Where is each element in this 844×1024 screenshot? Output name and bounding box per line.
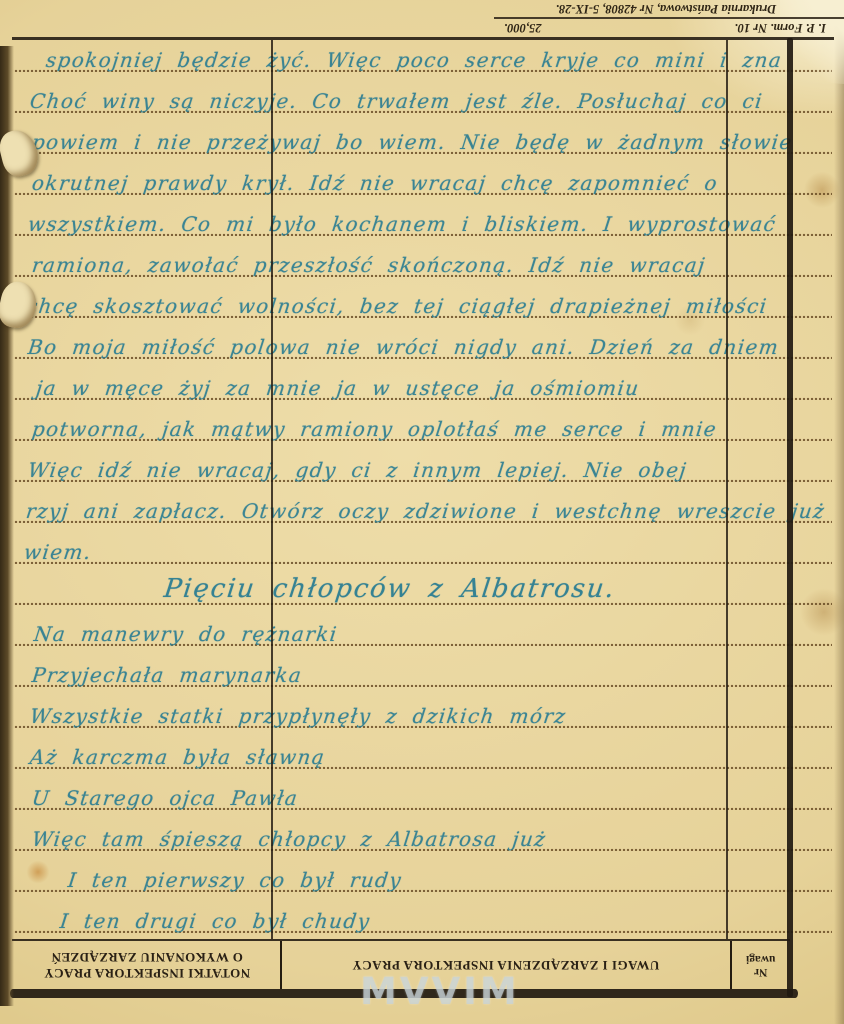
column-line-left (271, 40, 273, 939)
footer-uwagi-label: uwagi (746, 952, 775, 965)
handwritten-line: ja w męce żyj za mnie ja w ustęce ja ośm… (34, 371, 642, 405)
handwritten-line: wszystkiem. Co mi było kochanem i bliski… (26, 207, 778, 241)
handwritten-line: Przyjechała marynarka (30, 658, 304, 692)
handwritten-line: spokojniej będzie żyć. Więc poco serce k… (44, 43, 784, 77)
handwritten-line: I ten pierwszy co był rudy (66, 863, 404, 897)
handwritten-line: I ten drugi co był chudy (58, 904, 373, 938)
footer-notes-line1: NOTATKI INSPEKTORA PRACY (44, 965, 250, 981)
top-border-line (12, 37, 834, 40)
handwritten-line: Aż karczma była sławną (28, 740, 327, 774)
form-number: I. P. Form. Nr 10. (735, 20, 826, 35)
print-run: 25,000. (504, 20, 542, 35)
column-line-right (726, 40, 728, 939)
handwritten-line: powiem i nie przeżywaj bo wiem. Nie będę… (30, 125, 795, 159)
page-right-edge (834, 0, 844, 1024)
printed-form-header: I. P. Form. Nr 10. 25,000. Drukarnia Pań… (494, 1, 844, 35)
handwritten-line: Na manewry do rężnarki (32, 617, 340, 651)
handwritten-line: Bo moja miłość polowa nie wróci nigdy an… (26, 330, 781, 364)
footer-cell-number: Nr uwagi (732, 941, 790, 989)
handwritten-line: potworna, jak mątwy ramiony oplotłaś me … (30, 412, 719, 446)
handwritten-line: Wszystkie statki przypłynęły z dzikich m… (28, 699, 569, 733)
handwritten-line: okrutnej prawdy krył. Idź nie wracaj chc… (30, 166, 720, 200)
header-divider-line (494, 17, 844, 19)
footer-nr-label: Nr (746, 965, 775, 978)
form-number-row: I. P. Form. Nr 10. 25,000. (494, 20, 844, 35)
handwritten-line: ramiona, zawołać przeszłość skończoną. I… (30, 248, 708, 282)
archive-watermark: MVVIM (360, 970, 520, 1013)
binding-edge (0, 46, 14, 1006)
footer-notes-line2: O WYKONANIU ZARZĄDZEŃ (44, 949, 250, 965)
handwritten-line: Więc tam śpieszą chłopcy z Albatrosa już (30, 822, 548, 856)
handwritten-line: wiem. (22, 535, 94, 569)
handwritten-line: Choć winy są niczyje. Co trwałem jest źl… (28, 84, 765, 118)
handwritten-line: Więc idź nie wracaj, gdy ci z innym lepi… (26, 453, 689, 487)
handwritten-line: chcę skosztować wolności, bez tej ciągłe… (24, 289, 770, 323)
handwritten-heading: Pięciu chłopców z Albatrosu. (162, 572, 618, 606)
handwritten-line: rzyj ani zapłacz. Otwórz oczy zdziwione … (24, 494, 827, 528)
footer-cell-notes: NOTATKI INSPEKTORA PRACY O WYKONANIU ZAR… (14, 941, 282, 989)
handwritten-line: U Starego ojca Pawła (30, 781, 300, 815)
printer-imprint: Drukarnia Państwowa, Nr 42808, 5-IX-28. (494, 1, 844, 16)
scanned-notebook-page: I. P. Form. Nr 10. 25,000. Drukarnia Pań… (0, 0, 844, 1024)
thick-margin-line (787, 38, 793, 997)
